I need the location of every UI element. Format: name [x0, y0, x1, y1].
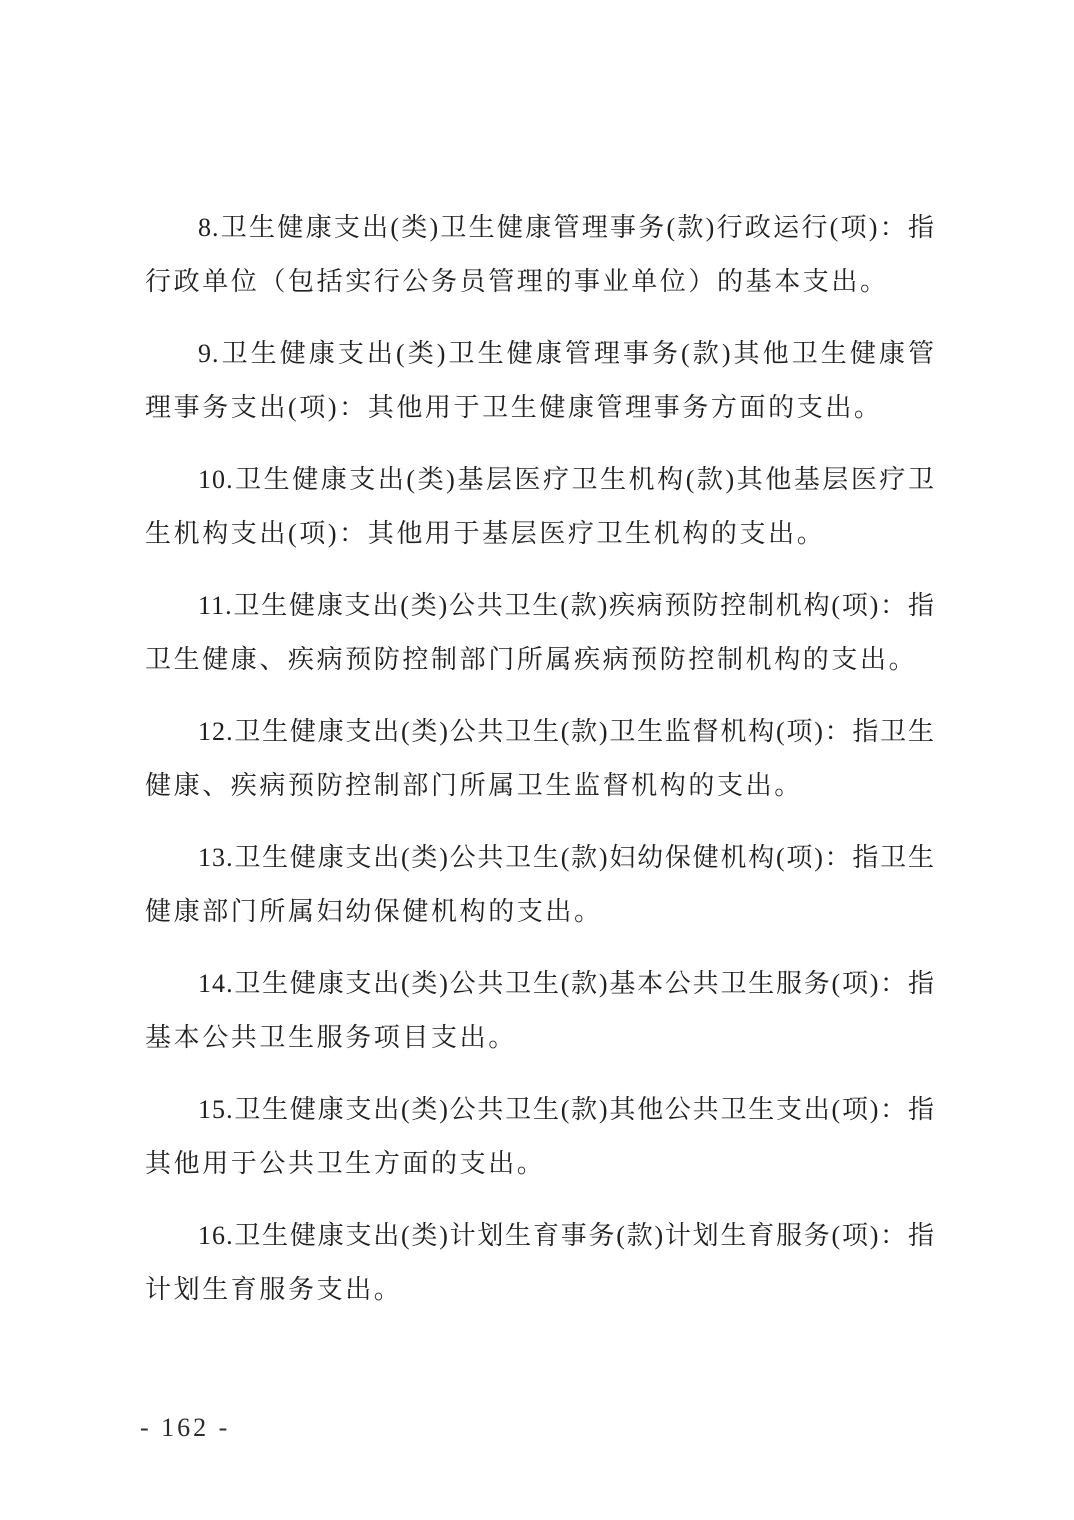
text-line: 行政单位（包括实行公务员管理的事业单位）的基本支出。	[145, 255, 935, 309]
text-line: 12.卫生健康支出(类)公共卫生(款)卫生监督机构(项)：指卫生	[145, 705, 935, 759]
paragraph-item-11: 11.卫生健康支出(类)公共卫生(款)疾病预防控制机构(项)：指 卫生健康、疾病…	[145, 579, 935, 687]
text-line: 10.卫生健康支出(类)基层医疗卫生机构(款)其他基层医疗卫	[145, 453, 935, 507]
text-line: 计划生育服务支出。	[145, 1263, 935, 1317]
page-number: - 162 -	[140, 1402, 230, 1454]
text-line: 卫生健康、疾病预防控制部门所属疾病预防控制机构的支出。	[145, 633, 935, 687]
paragraph-item-15: 15.卫生健康支出(类)公共卫生(款)其他公共卫生支出(项)：指 其他用于公共卫…	[145, 1083, 935, 1191]
text-line: 理事务支出(项)：其他用于卫生健康管理事务方面的支出。	[145, 381, 935, 435]
text-line: 11.卫生健康支出(类)公共卫生(款)疾病预防控制机构(项)：指	[145, 579, 935, 633]
text-line: 其他用于公共卫生方面的支出。	[145, 1137, 935, 1191]
text-line: 8.卫生健康支出(类)卫生健康管理事务(款)行政运行(项)：指	[145, 201, 935, 255]
text-line: 9.卫生健康支出(类)卫生健康管理事务(款)其他卫生健康管	[145, 327, 935, 381]
text-line: 健康部门所属妇幼保健机构的支出。	[145, 885, 935, 939]
text-line: 13.卫生健康支出(类)公共卫生(款)妇幼保健机构(项)：指卫生	[145, 831, 935, 885]
text-line: 健康、疾病预防控制部门所属卫生监督机构的支出。	[145, 759, 935, 813]
paragraph-item-10: 10.卫生健康支出(类)基层医疗卫生机构(款)其他基层医疗卫 生机构支出(项)：…	[145, 453, 935, 561]
document-page: 8.卫生健康支出(类)卫生健康管理事务(款)行政运行(项)：指 行政单位（包括实…	[0, 0, 1074, 1520]
document-body: 8.卫生健康支出(类)卫生健康管理事务(款)行政运行(项)：指 行政单位（包括实…	[145, 201, 935, 1335]
text-line: 16.卫生健康支出(类)计划生育事务(款)计划生育服务(项)：指	[145, 1209, 935, 1263]
text-line: 生机构支出(项)：其他用于基层医疗卫生机构的支出。	[145, 507, 935, 561]
text-line: 基本公共卫生服务项目支出。	[145, 1011, 935, 1065]
paragraph-item-13: 13.卫生健康支出(类)公共卫生(款)妇幼保健机构(项)：指卫生 健康部门所属妇…	[145, 831, 935, 939]
paragraph-item-8: 8.卫生健康支出(类)卫生健康管理事务(款)行政运行(项)：指 行政单位（包括实…	[145, 201, 935, 309]
text-line: 15.卫生健康支出(类)公共卫生(款)其他公共卫生支出(项)：指	[145, 1083, 935, 1137]
paragraph-item-16: 16.卫生健康支出(类)计划生育事务(款)计划生育服务(项)：指 计划生育服务支…	[145, 1209, 935, 1317]
paragraph-item-14: 14.卫生健康支出(类)公共卫生(款)基本公共卫生服务(项)：指 基本公共卫生服…	[145, 957, 935, 1065]
text-line: 14.卫生健康支出(类)公共卫生(款)基本公共卫生服务(项)：指	[145, 957, 935, 1011]
paragraph-item-9: 9.卫生健康支出(类)卫生健康管理事务(款)其他卫生健康管 理事务支出(项)：其…	[145, 327, 935, 435]
paragraph-item-12: 12.卫生健康支出(类)公共卫生(款)卫生监督机构(项)：指卫生 健康、疾病预防…	[145, 705, 935, 813]
